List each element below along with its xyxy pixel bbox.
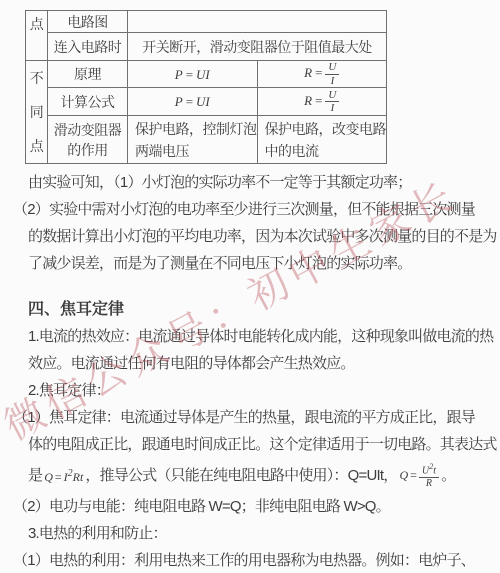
formula-r-u-over-i: R=UI <box>304 93 339 108</box>
text-line: 了减少误差，而是为了测量在不同电压下小灯泡的实际功率。 <box>28 250 490 277</box>
cell-line: 保护电路，控制灯泡 <box>128 118 257 140</box>
vertical-label-char: 不 <box>26 61 47 95</box>
table-cell-rheostat-left: 保护电路，控制灯泡 两端电压 <box>128 116 258 164</box>
table-label-rheostat-role: 滑动变阻器的作用 <box>48 116 128 164</box>
text-line: （1）电热的利用：利用电热来工作的用电器称为电热器。例如：电炉子、 <box>13 547 490 573</box>
cell-line: 两端电压 <box>128 140 257 162</box>
table-cell-circuit-diagram-value <box>128 11 387 33</box>
table-cell-principle-right-formula: R=UI <box>257 61 387 88</box>
expression-line: 是 Q=I2Rt ，推导公式（只能在纯电阻电路中使用）：Q=UIt， Q=U2t… <box>28 458 490 493</box>
section-heading: 四、焦耳定律 <box>28 296 490 323</box>
table-label-circuit-diagram: 电路图 <box>48 11 128 33</box>
document-page: 点 电路图 连入电路时 开关断开，滑动变阻器位于阻值最大处 不 同 点 原理 P… <box>0 0 500 573</box>
table-label-calculation-formula: 计算公式 <box>48 88 128 116</box>
text-line: 的数据计算出小灯泡的平均电功率，因为本次试验中多次测量的目的不是为 <box>28 223 490 250</box>
table-label-connect-circuit: 连入电路时 <box>48 33 128 61</box>
table-label-principle: 原理 <box>48 61 128 88</box>
vertical-label-char: 同 <box>26 95 47 129</box>
table-group-different-points-label: 不 同 点 <box>26 61 48 164</box>
formula-line-mid: ，推导公式（只能在纯电阻电路中使用）：Q=UIt， <box>85 462 397 489</box>
cell-line: 中的电流 <box>258 140 387 162</box>
table-cell-calc-left-formula: P=UI <box>128 88 258 116</box>
vertical-label-char: 点 <box>26 129 47 163</box>
text-line: 1.电流的热效应：电流通过导体时电能转化成内能，这种现象叫做电流的热 <box>28 323 490 350</box>
experiment-notes: 由实验可知，（1）小灯泡的实际功率不一定等于其额定功率； （2）实验中需对小灯泡… <box>0 169 500 277</box>
comparison-table: 点 电路图 连入电路时 开关断开，滑动变阻器位于阻值最大处 不 同 点 原理 P… <box>25 10 387 164</box>
formula-line-suffix: 。 <box>441 462 455 489</box>
vertical-label: 不 同 点 <box>26 61 47 163</box>
table-cell-connect-circuit-value: 开关断开，滑动变阻器位于阻值最大处 <box>128 33 387 61</box>
formula-line-prefix: 是 <box>28 462 42 489</box>
cell-line: 保护电路，改变电路 <box>258 118 387 140</box>
text-line: 体的电阻成正比，跟通电时间成正比。这个定律适用于一切电路。其表达式 <box>28 431 490 458</box>
formula-r-u-over-i: R=UI <box>304 65 339 80</box>
formula-q-u2t-over-r: Q=U2tR <box>397 462 441 490</box>
formula-p-ui: P=UI <box>175 94 210 109</box>
text-line: （1）焦耳定律：电流通过导体是产生的热量，跟电流的平方成正比，跟导 <box>13 404 490 431</box>
table-cell-calc-right-formula: R=UI <box>257 88 387 116</box>
table-cell-principle-left-formula: P=UI <box>128 61 258 88</box>
table-cell-rheostat-right: 保护电路，改变电路 中的电流 <box>257 116 387 164</box>
joule-law-section: 四、焦耳定律 1.电流的热效应：电流通过导体时电能转化成内能，这种现象叫做电流的… <box>0 296 500 573</box>
text-line: （2）实验中需对小灯泡的电功率至少进行三次测量，但不能根据三次测量 <box>13 196 490 223</box>
text-line: 2.焦耳定律： <box>28 377 490 404</box>
text-line: 效应。电流通过任何有电阻的导体都会产生热效应。 <box>28 350 490 377</box>
table-group-same-points-label: 点 <box>26 11 48 61</box>
formula-q-i2rt: Q=I2Rt <box>42 460 85 491</box>
text-line: 由实验可知，（1）小灯泡的实际功率不一定等于其额定功率； <box>28 169 490 196</box>
formula-p-ui: P=UI <box>175 67 210 82</box>
text-line: （2）电功与电能：纯电阻电路 W=Q；非纯电阻电路 W>Q。 <box>13 493 490 520</box>
text-line: 3.电热的利用和防止： <box>28 520 490 547</box>
